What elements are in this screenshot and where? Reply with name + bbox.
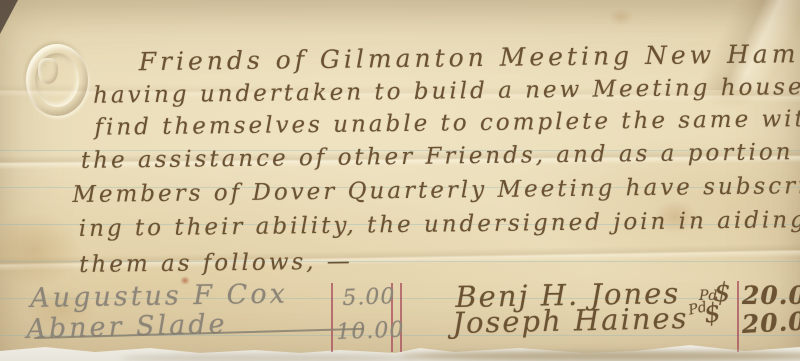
subscription-amount: 10.00 xyxy=(336,318,405,345)
torn-edge-shadow xyxy=(120,354,420,361)
subscriber-name: Augustus F Cox xyxy=(30,279,288,314)
embossed-seal xyxy=(26,44,88,116)
subscriber-name: Joseph Haines xyxy=(452,301,689,340)
subscriber-name: Abner Slade xyxy=(26,309,228,345)
scanned-document: Friends of Gilmanton Meeting New Hampshi… xyxy=(0,0,800,361)
dollar-sign: $ xyxy=(702,298,723,330)
subscription-amount: 20.00 xyxy=(741,306,800,339)
subscription-amount: 20.00 xyxy=(742,281,800,310)
body-line: them as follows, — xyxy=(79,249,353,278)
torn-edge-shadow xyxy=(400,351,800,361)
subscription-amount: 5.00 xyxy=(342,284,396,311)
embossed-seal-core xyxy=(38,58,58,84)
